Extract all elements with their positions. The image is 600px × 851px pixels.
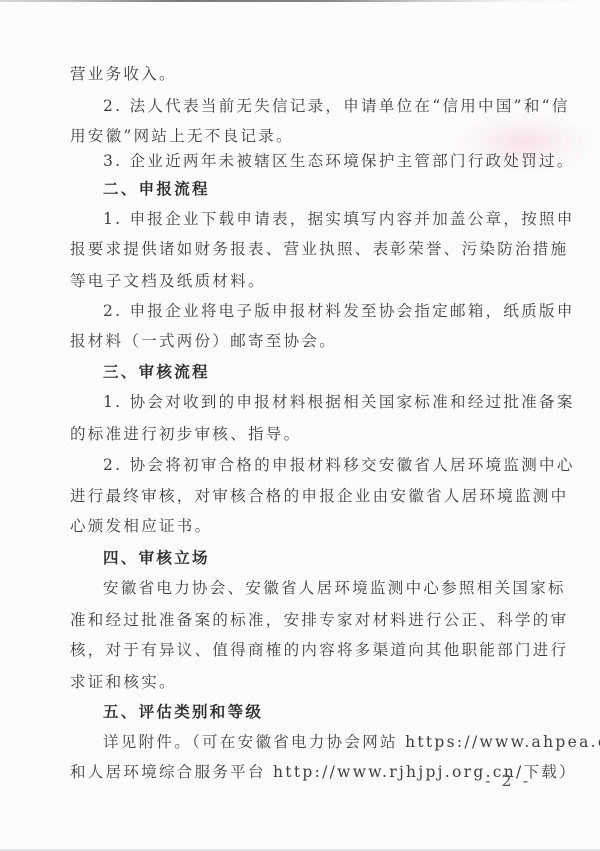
page-number: - 2 - [485, 771, 531, 790]
text-line: 等电子文档及纸质材料。 [70, 271, 525, 291]
text-line: 1. 协会对收到的申报材料根据相关国家标准和经过批准备案 [103, 392, 525, 412]
text-line: 报材料（一式两份）邮寄至协会。 [70, 331, 525, 351]
text-line-with-link: 详见附件。（可在安徽省电力协会网站 https://www.ahpea.cn/ [103, 732, 525, 752]
text-line: 安徽省电力协会、安徽省人居环境监测中心参照相关国家标 [103, 578, 525, 598]
text-line: 求证和核实。 [70, 672, 525, 692]
text-line: 准和经过批准备案的标准，安排专家对材料进行公正、科学的审 [70, 610, 525, 630]
section-heading: 四、审核立场 [103, 548, 525, 568]
text-line: 2. 申报企业将电子版申报材料发至协会指定邮箱，纸质版申 [103, 301, 525, 321]
scan-top-edge [0, 0, 600, 2]
text-line: 用安徽”网站上无不良记录。 [70, 126, 525, 146]
section-heading: 三、审核流程 [103, 362, 525, 382]
text-line: 1. 申报企业下载申请表，据实填写内容并加盖公章，按照申 [103, 209, 525, 229]
text-line: 2. 法人代表当前无失信记录，申请单位在“信用中国”和“信 [103, 96, 525, 116]
text-line: 的标准进行初步审核、指导。 [70, 424, 525, 444]
section-heading: 五、评估类别和等级 [103, 702, 525, 722]
text-line: 核，对于有异议、值得商榷的内容将多渠道向其他职能部门进行 [70, 640, 525, 660]
text-line-with-link: 和人居环境综合服务平台 http://www.rjhjpj.org.cn/下载） [70, 762, 525, 782]
text-line: 2. 协会将初审合格的申报材料移交安徽省人居环境监测中心 [103, 455, 525, 475]
text-line: 3. 企业近两年未被辖区生态环境保护主管部门行政处罚过。 [103, 151, 525, 171]
text-line: 心颁发相应证书。 [70, 516, 525, 536]
text-line: 进行最终审核，对审核合格的申报企业由安徽省人居环境监测中 [70, 486, 525, 506]
text-line: 营业务收入。 [70, 64, 525, 84]
text-line: 报要求提供诸如财务报表、营业执照、表彰荣誉、污染防治措施 [70, 239, 525, 259]
section-heading: 二、申报流程 [103, 179, 525, 199]
